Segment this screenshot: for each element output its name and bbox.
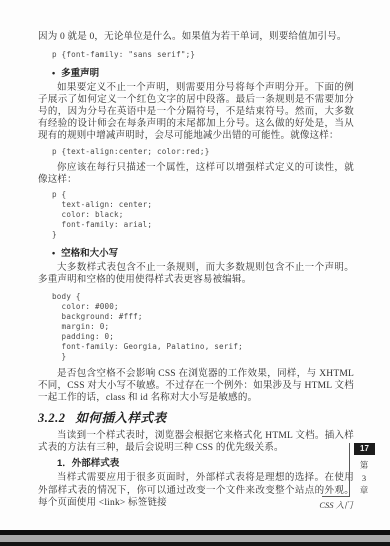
- section-title: 如何插入样式表: [76, 411, 167, 425]
- code-snippet-center-red: p {text-align:center; color:red;}: [52, 147, 354, 157]
- page-number-badge: 17: [354, 443, 375, 455]
- chapter-tab-char: 3: [350, 472, 378, 485]
- paragraph-one-property-per-line: 你应该在每行只描述一个属性，这样可以增强样式定义的可读性，就像这样：: [38, 162, 354, 186]
- paragraph-multiple-declarations: 如果要定义不止一个声明，则需要用分号将每个声明分开。下面的例子展示了如何定义一个…: [38, 82, 354, 142]
- chapter-thumb-tab: 17 第 3 章: [349, 443, 378, 496]
- paragraph-case-sensitivity: 是否包含空格不会影响 CSS 在浏览器的工作效果，同样，与 XHTML 不同，C…: [38, 368, 354, 404]
- section-number: 3.2.2: [38, 411, 66, 425]
- bullet-item-whitespace-case: •空格和大小写: [52, 248, 354, 259]
- paragraph-units: 因为 0 就是 0，无论单位是什么。如果值为若干单词，则要给值加引号。: [38, 31, 354, 43]
- paragraph-insert-stylesheet: 当读到一个样式表时，浏览器会根据它来格式化 HTML 文档。插入样式表的方法有三…: [38, 430, 354, 454]
- bullet-icon: •: [52, 248, 55, 259]
- scan-edge-black-bar-bottom: [0, 542, 390, 546]
- footer-divider: [322, 496, 350, 497]
- scan-edge-gray-bar: [0, 535, 390, 542]
- chapter-tab-char: 第: [350, 459, 378, 472]
- scanned-book-page: 因为 0 就是 0，无论单位是什么。如果值为若干单词，则要给值加引号。 p {f…: [0, 0, 390, 546]
- bullet-item-multiple-declarations: •多重声明: [52, 68, 354, 79]
- chapter-tab-label: 第 3 章: [350, 459, 378, 497]
- code-block-p-rule: p { text-align: center; color: black; fo…: [52, 190, 354, 240]
- section-heading: 3.2.2如何插入样式表: [38, 411, 354, 425]
- page-content: 因为 0 就是 0，无论单位是什么。如果值为若干单词，则要给值加引号。 p {f…: [38, 31, 354, 509]
- footer-chapter-title: CSS 入门: [316, 499, 356, 511]
- bullet-label: 空格和大小写: [61, 248, 118, 259]
- code-block-body-rule: body { color: #000; background: #fff; ma…: [52, 292, 354, 362]
- paragraph-whitespace: 大多数样式表包含不止一条规则，而大多数规则包含不止一个声明。多重声明和空格的使用…: [38, 262, 354, 286]
- chapter-tab-char: 章: [350, 484, 378, 497]
- code-snippet-font-family: p {font-family: "sans serif";}: [52, 50, 354, 60]
- bullet-icon: •: [52, 68, 55, 79]
- bullet-label: 多重声明: [61, 68, 99, 79]
- subheading-external-stylesheet: 1．外部样式表: [38, 458, 354, 470]
- paragraph-external-stylesheet: 当样式需要应用于很多页面时，外部样式表将是理想的选择。在使用外部样式表的情况下，…: [38, 472, 354, 508]
